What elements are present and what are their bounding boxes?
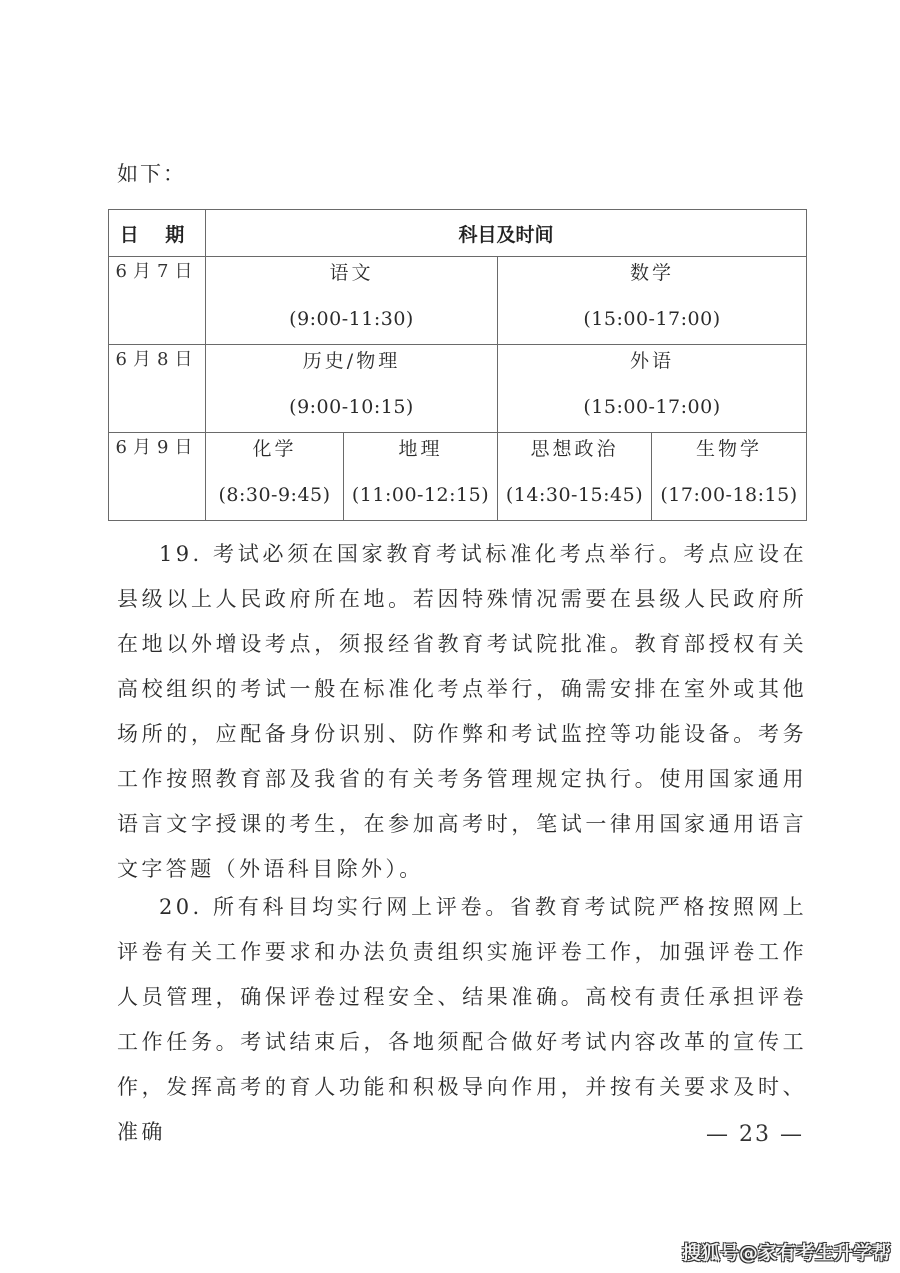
subject-name: 地理 xyxy=(344,437,497,461)
intro-text: 如下： xyxy=(117,158,186,188)
paragraph-20: 20. 所有科目均实行网上评卷。省教育考试院严格按照网上评卷有关工作要求和办法负… xyxy=(117,885,807,1155)
paragraph-19: 19. 考试必须在国家教育考试标准化考点举行。考点应设在县级以上人民政府所在地。… xyxy=(117,532,807,892)
exam-schedule-table: 日 期 科目及时间 6月7日 语文 (9:00-11:30) 数学 (15:00… xyxy=(108,209,807,521)
subject-cell: 数学 (15:00-17:00) xyxy=(498,257,807,345)
subject-name: 外语 xyxy=(498,349,806,373)
subject-cell: 外语 (15:00-17:00) xyxy=(498,345,807,433)
header-date: 日 期 xyxy=(109,210,206,257)
subject-name: 语文 xyxy=(206,261,497,285)
subject-name: 数学 xyxy=(498,261,806,285)
row-date: 6月9日 xyxy=(109,433,206,521)
subject-name: 历史/物理 xyxy=(206,349,497,373)
subject-cell: 生物学 (17:00-18:15) xyxy=(652,433,807,521)
subject-cell: 地理 (11:00-12:15) xyxy=(344,433,498,521)
page-number: — 23 — xyxy=(706,1122,804,1147)
table-row: 6月8日 历史/物理 (9:00-10:15) 外语 (15:00-17:00) xyxy=(109,345,807,433)
table-row: 6月9日 化学 (8:30-9:45) 地理 (11:00-12:15) 思想政… xyxy=(109,433,807,521)
subject-time: (17:00-18:15) xyxy=(652,483,806,507)
subject-time: (15:00-17:00) xyxy=(498,395,806,419)
subject-cell: 化学 (8:30-9:45) xyxy=(206,433,344,521)
subject-name: 生物学 xyxy=(652,437,806,461)
subject-name: 化学 xyxy=(206,437,343,461)
subject-cell: 语文 (9:00-11:30) xyxy=(206,257,498,345)
subject-cell: 思想政治 (14:30-15:45) xyxy=(498,433,652,521)
subject-name: 思想政治 xyxy=(498,437,651,461)
subject-time: (15:00-17:00) xyxy=(498,307,806,331)
row-date: 6月8日 xyxy=(109,345,206,433)
header-subjects: 科目及时间 xyxy=(206,210,807,257)
row-date: 6月7日 xyxy=(109,257,206,345)
watermark: 搜狐号@家有考生升学帮 xyxy=(682,1238,891,1265)
subject-time: (14:30-15:45) xyxy=(498,483,651,507)
table-header-row: 日 期 科目及时间 xyxy=(109,210,807,257)
paragraph-text: 19. 考试必须在国家教育考试标准化考点举行。考点应设在县级以上人民政府所在地。… xyxy=(117,532,807,892)
subject-time: (9:00-11:30) xyxy=(206,307,497,331)
table-row: 6月7日 语文 (9:00-11:30) 数学 (15:00-17:00) xyxy=(109,257,807,345)
subject-time: (8:30-9:45) xyxy=(206,483,343,507)
subject-time: (11:00-12:15) xyxy=(344,483,497,507)
paragraph-text: 20. 所有科目均实行网上评卷。省教育考试院严格按照网上评卷有关工作要求和办法负… xyxy=(117,885,807,1155)
subject-cell: 历史/物理 (9:00-10:15) xyxy=(206,345,498,433)
subject-time: (9:00-10:15) xyxy=(206,395,497,419)
